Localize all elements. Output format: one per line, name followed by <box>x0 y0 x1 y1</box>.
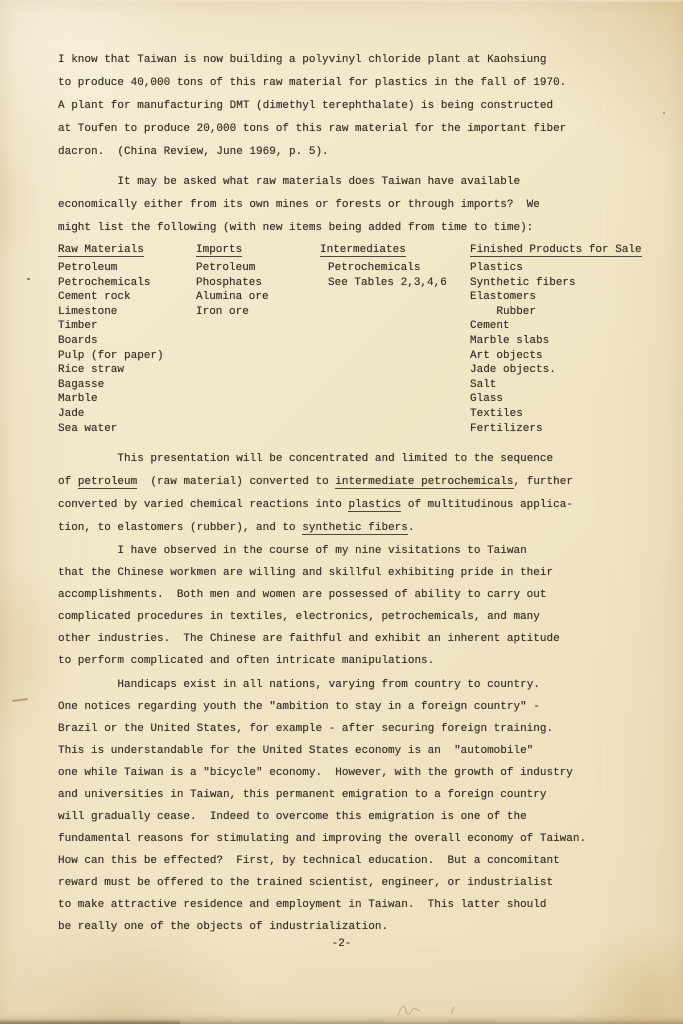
paragraph: Handicaps exist in all nations, varying … <box>58 674 673 938</box>
table-cell: Iron ore <box>196 305 269 320</box>
table-column: Finished Products for SalePlasticsSynthe… <box>470 240 642 436</box>
text-segment: to produce 40,000 tons of this raw mater… <box>58 77 566 89</box>
table-cell: Art objects <box>470 349 642 364</box>
table-cell: Alumina ore <box>196 290 269 305</box>
text-segment: This is understandable for the United St… <box>58 745 533 757</box>
table-cell: Petrochemicals <box>58 276 164 291</box>
text-line: It may be asked what raw materials does … <box>58 171 673 194</box>
table-cell: Marble slabs <box>470 334 642 349</box>
pencil-mark <box>396 1000 430 1020</box>
table-column: Raw MaterialsPetroleumPetrochemicalsCeme… <box>58 240 164 436</box>
text-line: I know that Taiwan is now building a pol… <box>58 49 673 72</box>
text-segment: will gradually cease. Indeed to overcome… <box>58 811 527 823</box>
text-segment: that the Chinese workmen are willing and… <box>58 567 553 579</box>
table-cell: Petroleum <box>196 261 269 276</box>
text-line: tion, to elastomers (rubber), and to syn… <box>58 517 673 540</box>
text-line: Brazil or the United States, for example… <box>58 718 673 740</box>
text-segment: to make attractive residence and employm… <box>58 899 546 911</box>
text-segment: It may be asked what raw materials does … <box>117 176 520 188</box>
text-segment: fundamental reasons for stimulating and … <box>58 833 586 845</box>
table-cell: Petroleum <box>58 261 164 276</box>
ink-speck <box>27 278 30 280</box>
page-bottom-edge <box>0 1015 683 1024</box>
text-line: This presentation will be concentrated a… <box>58 448 673 471</box>
table-cell: Petrochemicals <box>320 261 447 276</box>
text-line: might list the following (with new items… <box>58 217 673 240</box>
text-segment: economically either from its own mines o… <box>58 199 540 211</box>
table-cell: Sea water <box>58 422 164 437</box>
table-cell: Pulp (for paper) <box>58 349 164 364</box>
table-cell: Jade <box>58 407 164 422</box>
text-segment: complicated procedures in textiles, elec… <box>58 611 540 623</box>
paragraph-indent <box>58 453 117 465</box>
text-segment: accomplishments. Both men and women are … <box>58 589 546 601</box>
paragraph-indent <box>58 176 117 188</box>
text-segment: of multitudinous applica- <box>401 499 573 511</box>
table-cell: See Tables 2,3,4,6 <box>320 276 447 291</box>
pencil-tick-mark <box>451 1007 460 1016</box>
text-line: to produce 40,000 tons of this raw mater… <box>58 72 673 95</box>
table-column: IntermediatesPetrochemicalsSee Tables 2,… <box>320 240 447 290</box>
ink-speck <box>663 112 665 114</box>
table-cell: Bagasse <box>58 378 164 393</box>
typewritten-text: I know that Taiwan is now building a pol… <box>58 49 673 938</box>
table-column-header: Imports <box>196 240 269 260</box>
page-top-edge <box>0 0 683 3</box>
underlined-term: plastics <box>348 499 401 512</box>
text-line: converted by varied chemical reactions i… <box>58 494 673 517</box>
text-segment: of <box>58 476 78 488</box>
underlined-term: synthetic fibers <box>302 522 408 535</box>
scanned-document-page: I know that Taiwan is now building a pol… <box>0 0 683 1024</box>
text-segment: other industries. The Chinese are faithf… <box>58 633 560 645</box>
table-cell: Plastics <box>470 261 642 276</box>
table-cell: Cement <box>470 319 642 334</box>
table-cell: Phosphates <box>196 276 269 291</box>
table-column-header: Intermediates <box>320 240 447 260</box>
text-segment: I know that Taiwan is now building a pol… <box>58 54 546 66</box>
text-segment: One notices regarding youth the "ambitio… <box>58 701 540 713</box>
table-cell: Rice straw <box>58 363 164 378</box>
table-cell: Elastomers <box>470 290 642 305</box>
text-line: one while Taiwan is a "bicycle" economy.… <box>58 762 673 784</box>
text-line: that the Chinese workmen are willing and… <box>58 562 673 584</box>
table-column-header: Finished Products for Sale <box>470 240 642 260</box>
text-line: How can this be effected? First, by tech… <box>58 850 673 872</box>
underlined-term: intermediate petrochemicals <box>335 476 513 489</box>
text-segment: reward must be offered to the trained sc… <box>58 877 553 889</box>
table-column: ImportsPetroleumPhosphatesAlumina oreIro… <box>196 240 269 319</box>
text-segment: dacron. (China Review, June 1969, p. 5). <box>58 146 329 158</box>
paragraph: It may be asked what raw materials does … <box>58 171 673 240</box>
text-line: and universities in Taiwan, this permane… <box>58 784 673 806</box>
page-number: -2- <box>0 938 683 950</box>
text-segment: tion, to elastomers (rubber), and to <box>58 522 302 534</box>
text-line: One notices regarding youth the "ambitio… <box>58 696 673 718</box>
text-segment: How can this be effected? First, by tech… <box>58 855 560 867</box>
text-line: be really one of the objects of industri… <box>58 916 673 938</box>
text-segment: Handicaps exist in all nations, varying … <box>117 679 539 691</box>
text-line: Handicaps exist in all nations, varying … <box>58 674 673 696</box>
text-segment: to perform complicated and often intrica… <box>58 655 434 667</box>
text-segment: at Toufen to produce 20,000 tons of this… <box>58 123 566 135</box>
table-cell: Salt <box>470 378 642 393</box>
table-cell: Limestone <box>58 305 164 320</box>
paragraph: I know that Taiwan is now building a pol… <box>58 49 673 164</box>
table-cell: Rubber <box>470 305 642 320</box>
table-cell: Cement rock <box>58 290 164 305</box>
text-segment: A plant for manufacturing DMT (dimethyl … <box>58 100 553 112</box>
text-segment: , further <box>514 476 573 488</box>
text-line: dacron. (China Review, June 1969, p. 5). <box>58 141 673 164</box>
table-column-header-text: Finished Products for Sale <box>470 244 642 257</box>
table-cell: Jade objects. <box>470 363 642 378</box>
paragraph-indent <box>58 545 117 557</box>
materials-table: Raw MaterialsPetroleumPetrochemicalsCeme… <box>58 240 673 436</box>
table-column-header: Raw Materials <box>58 240 164 260</box>
table-column-header-text: Raw Materials <box>58 244 144 257</box>
text-line: of petroleum (raw material) converted to… <box>58 471 673 494</box>
text-line: will gradually cease. Indeed to overcome… <box>58 806 673 828</box>
paragraph: This presentation will be concentrated a… <box>58 448 673 540</box>
table-cell: Marble <box>58 392 164 407</box>
text-segment: (raw material) converted to <box>137 476 335 488</box>
text-segment: converted by varied chemical reactions i… <box>58 499 348 511</box>
page-bottom-shadow <box>0 1019 180 1024</box>
page-content: I know that Taiwan is now building a pol… <box>58 49 673 938</box>
text-line: economically either from its own mines o… <box>58 194 673 217</box>
text-segment: Brazil or the United States, for example… <box>58 723 553 735</box>
text-line: complicated procedures in textiles, elec… <box>58 606 673 628</box>
table-cell: Glass <box>470 392 642 407</box>
text-segment: be really one of the objects of industri… <box>58 921 388 933</box>
text-segment: . <box>408 522 415 534</box>
text-line: fundamental reasons for stimulating and … <box>58 828 673 850</box>
text-line: accomplishments. Both men and women are … <box>58 584 673 606</box>
text-segment: one while Taiwan is a "bicycle" economy.… <box>58 767 573 779</box>
text-line: other industries. The Chinese are faithf… <box>58 628 673 650</box>
table-column-header-text: Intermediates <box>320 244 406 257</box>
paragraph-indent <box>58 679 117 691</box>
text-line: I have observed in the course of my nine… <box>58 540 673 562</box>
table-cell: Synthetic fibers <box>470 276 642 291</box>
table-cell: Timber <box>58 319 164 334</box>
table-cell: Textiles <box>470 407 642 422</box>
text-line: at Toufen to produce 20,000 tons of this… <box>58 118 673 141</box>
text-line: This is understandable for the United St… <box>58 740 673 762</box>
text-segment: This presentation will be concentrated a… <box>117 453 553 465</box>
text-line: to make attractive residence and employm… <box>58 894 673 916</box>
paper-fiber-mark <box>12 698 28 702</box>
text-segment: and universities in Taiwan, this permane… <box>58 789 546 801</box>
text-segment: I have observed in the course of my nine… <box>117 545 526 557</box>
text-segment: might list the following (with new items… <box>58 222 533 234</box>
underlined-term: petroleum <box>78 476 137 489</box>
text-line: A plant for manufacturing DMT (dimethyl … <box>58 95 673 118</box>
table-cell: Boards <box>58 334 164 349</box>
text-line: reward must be offered to the trained sc… <box>58 872 673 894</box>
text-line: to perform complicated and often intrica… <box>58 650 673 672</box>
paragraph: I have observed in the course of my nine… <box>58 540 673 672</box>
table-cell: Fertilizers <box>470 422 642 437</box>
table-column-header-text: Imports <box>196 244 242 257</box>
